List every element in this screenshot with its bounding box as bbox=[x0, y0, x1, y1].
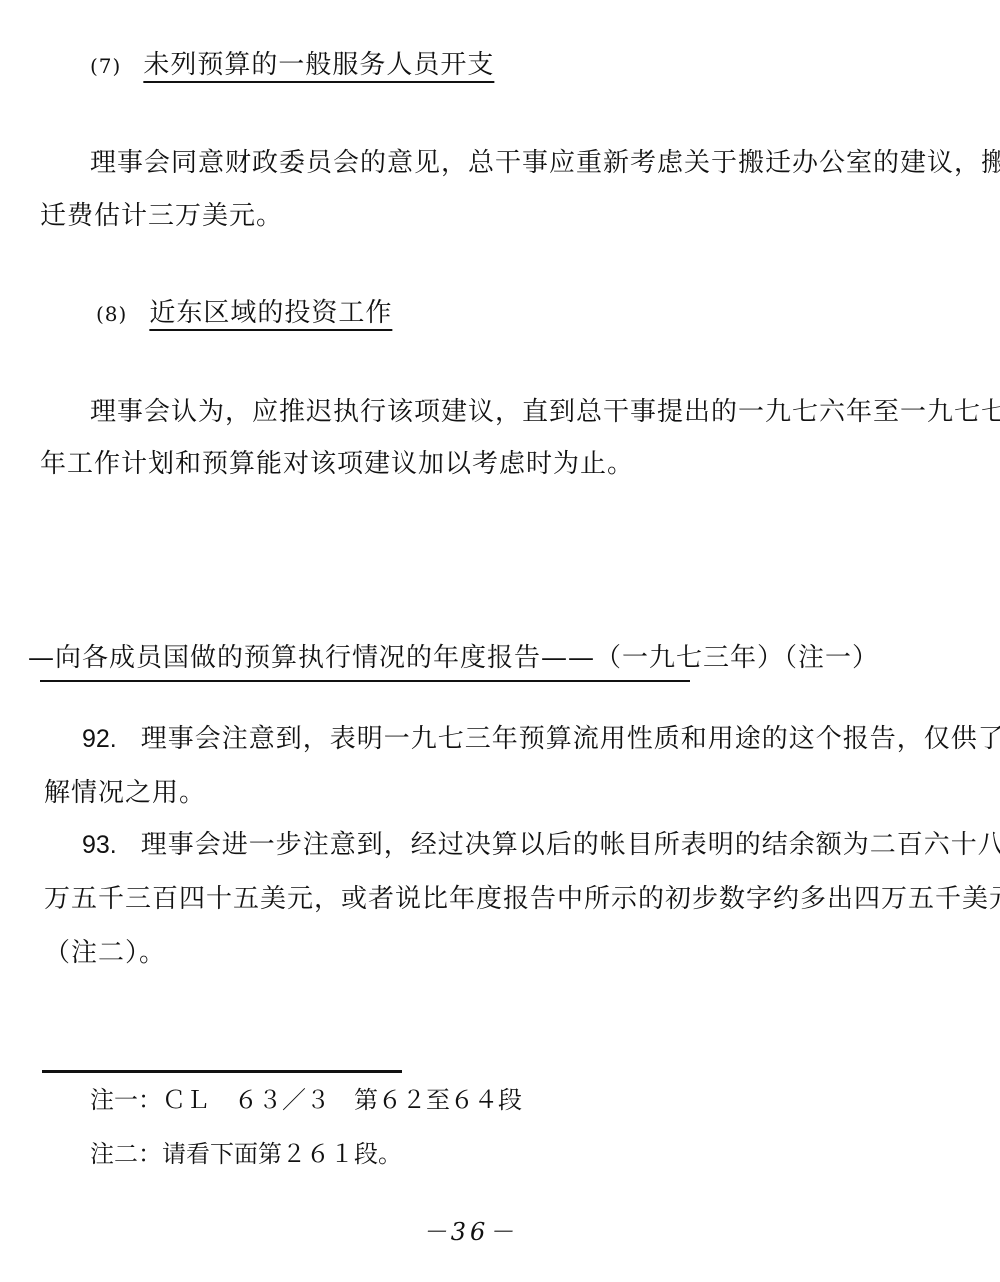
footnote-1: 注一：ＣＬ ６３／３ 第６２至６４段 bbox=[90, 1084, 522, 1116]
page-number: －36－ bbox=[0, 1212, 940, 1247]
section-8-line-1: 理事会认为，应推迟执行该项建议，直到总干事提出的一九七六年至一九七七 bbox=[90, 395, 936, 429]
section-7-line-1: 理事会同意财政委员会的意见，总干事应重新考虑关于搬迁办公室的建议，搬 bbox=[90, 146, 936, 180]
section-7-line-2: 迁费估计三万美元。 bbox=[40, 199, 283, 233]
footnote-2: 注二：请看下面第２６１段。 bbox=[90, 1138, 402, 1170]
section-number: (8) bbox=[96, 302, 127, 326]
title-underline bbox=[40, 680, 690, 682]
paragraph-93-line-3: （注二）。 bbox=[44, 936, 166, 970]
section-number: (7) bbox=[90, 54, 121, 78]
paragraph-number: 93. bbox=[82, 831, 117, 859]
report-section-title: —向各成员国做的预算执行情况的年度报告——（一九七三年）（注一） bbox=[28, 640, 879, 676]
section-7-heading: (7)未列预算的一般服务人员开支 bbox=[90, 48, 494, 83]
section-8-heading: (8)近东区域的投资工作 bbox=[96, 296, 392, 331]
section-8-line-2: 年工作计划和预算能对该项建议加以考虑时为止。 bbox=[40, 447, 634, 481]
section-title: 近东区域的投资工作 bbox=[149, 298, 392, 328]
footnote-rule bbox=[42, 1070, 402, 1073]
paragraph-number: 92. bbox=[82, 725, 117, 753]
paragraph-92-line-2: 解情况之用。 bbox=[44, 776, 206, 810]
paragraph-93-line-1: 93.理事会进一步注意到，经过决算以后的帐目所表明的结余额为二百六十八 bbox=[82, 828, 938, 862]
paragraph-93-line-2: 万五千三百四十五美元，或者说比年度报告中所示的初步数字约多出四万五千美元 bbox=[44, 882, 942, 916]
paragraph-text: 理事会注意到，表明一九七三年预算流用性质和用途的这个报告，仅供了 bbox=[141, 724, 1000, 754]
paragraph-92-line-1: 92.理事会注意到，表明一九七三年预算流用性质和用途的这个报告，仅供了 bbox=[82, 722, 938, 756]
paragraph-text: 理事会进一步注意到，经过决算以后的帐目所表明的结余额为二百六十八 bbox=[141, 830, 1000, 860]
section-title: 未列预算的一般服务人员开支 bbox=[143, 50, 494, 80]
